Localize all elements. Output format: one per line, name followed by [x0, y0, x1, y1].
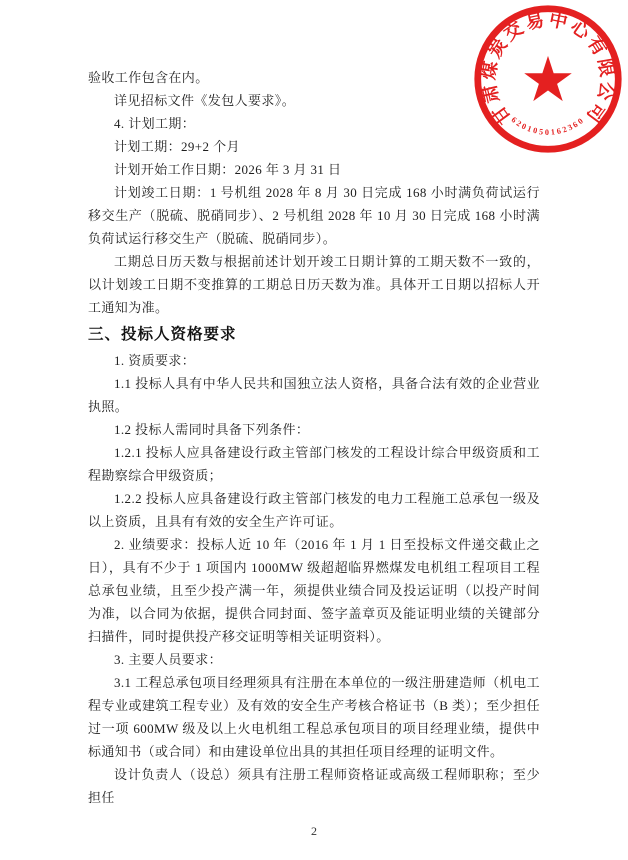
paragraph: 2. 业绩要求：投标人近 10 年（2016 年 1 月 1 日至投标文件递交截… [88, 533, 540, 648]
paragraph: 工期总日历天数与根据前述计划开竣工日期计算的工期天数不一致的，以计划竣工日期不变… [88, 250, 540, 319]
paragraph: 验收工作包含在内。 [88, 66, 540, 89]
paragraph: 1.2.2 投标人应具备建设行政主管部门核发的电力工程施工总承包一级及以上资质，… [88, 487, 540, 533]
paragraph: 计划工期：29+2 个月 [88, 135, 540, 158]
page-number: 2 [0, 824, 628, 839]
document-page: 甘肃煤炭交易中心有限公司 6201050162360 验收工作包含在内。详见招标… [0, 0, 628, 860]
paragraph: 4. 计划工期： [88, 112, 540, 135]
paragraph: 计划开始工作日期：2026 年 3 月 31 日 [88, 158, 540, 181]
section-heading: 三、投标人资格要求 [88, 323, 540, 346]
paragraph: 1. 资质要求： [88, 349, 540, 372]
paragraph: 1.1 投标人具有中华人民共和国独立法人资格，具备合法有效的企业营业执照。 [88, 372, 540, 418]
document-body: 验收工作包含在内。详见招标文件《发包人要求》。4. 计划工期：计划工期：29+2… [88, 66, 540, 809]
paragraph: 计划竣工日期：1 号机组 2028 年 8 月 30 日完成 168 小时满负荷… [88, 181, 540, 250]
paragraph: 1.2 投标人需同时具备下列条件： [88, 418, 540, 441]
paragraph: 3.1 工程总承包项目经理须具有注册在本单位的一级注册建造师（机电工程专业或建筑… [88, 671, 540, 763]
paragraph: 1.2.1 投标人应具备建设行政主管部门核发的工程设计综合甲级资质和工程勘察综合… [88, 441, 540, 487]
paragraph: 设计负责人（设总）须具有注册工程师资格证或高级工程师职称；至少担任 [88, 763, 540, 809]
paragraph: 详见招标文件《发包人要求》。 [88, 89, 540, 112]
paragraph: 3. 主要人员要求： [88, 648, 540, 671]
